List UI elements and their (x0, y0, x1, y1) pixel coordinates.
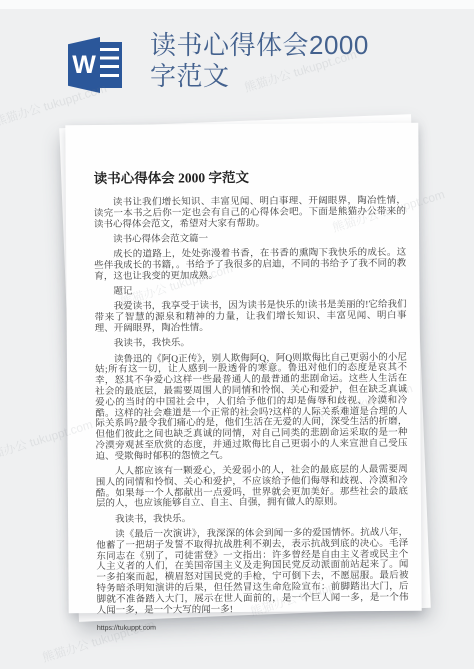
doc-paragraph: 题记 (94, 285, 406, 298)
doc-paragraph: 人人都应该有一颗爱心，关爱弱小的人，社会的最底层的人最需要周围人的同情和怜悯、关… (96, 465, 408, 510)
word-w-icon: W (68, 37, 100, 93)
document-title: 读书心得体会 2000 字范文 (94, 165, 406, 187)
doc-paragraph: 我读书，我快乐。 (95, 337, 407, 350)
document-page: 读书心得体会 2000 字范文 读书让我们增长知识、丰富见闻、明白事理、开阔眼界… (65, 123, 421, 613)
doc-paragraph: 读书心得体会范文篇一 (94, 233, 406, 246)
doc-paragraph: 我读书，我快乐。 (96, 513, 408, 526)
top-strip (0, 0, 474, 9)
doc-footer-link[interactable]: https://tukuppt.com (97, 623, 409, 632)
doc-paragraph: 读《最后一次演讲》，我深深的体会到闻一多的爱国情怀。抗战八年，他蓄了一把胡子发誓… (96, 528, 409, 617)
doc-paragraph: 成长的道路上，处处弥漫着书香，在书香的熏陶下我快乐的成长。这些伴我成长的书籍，。… (94, 248, 406, 283)
header: W 读书心得体会2000字范文 (0, 9, 474, 109)
doc-paragraphs: 读书让我们增长知识、丰富见闻、明白事理、开阔眼界，陶冶性情，读完一本书之后你一定… (94, 196, 409, 617)
page-title: 读书心得体会2000字范文 (150, 30, 390, 92)
doc-paragraph: 读书让我们增长知识、丰富见闻、明白事理、开阔眼界，陶冶性情，读完一本书之后你一定… (94, 196, 406, 231)
doc-paragraph: 读鲁迅的《阿Q正传》，别人欺侮阿Q，阿Q则欺侮比自己更弱小的小尼姑;所有这一切，… (95, 352, 408, 462)
word-file-icon: W (68, 37, 122, 93)
doc-paragraph: 我爱读书，我享受于读书，因为读书是快乐的!读书是美丽的!它给我们带来了智慧的源泉… (95, 300, 407, 335)
watermark: 熊猫办公 tukuppt.com (40, 615, 157, 665)
